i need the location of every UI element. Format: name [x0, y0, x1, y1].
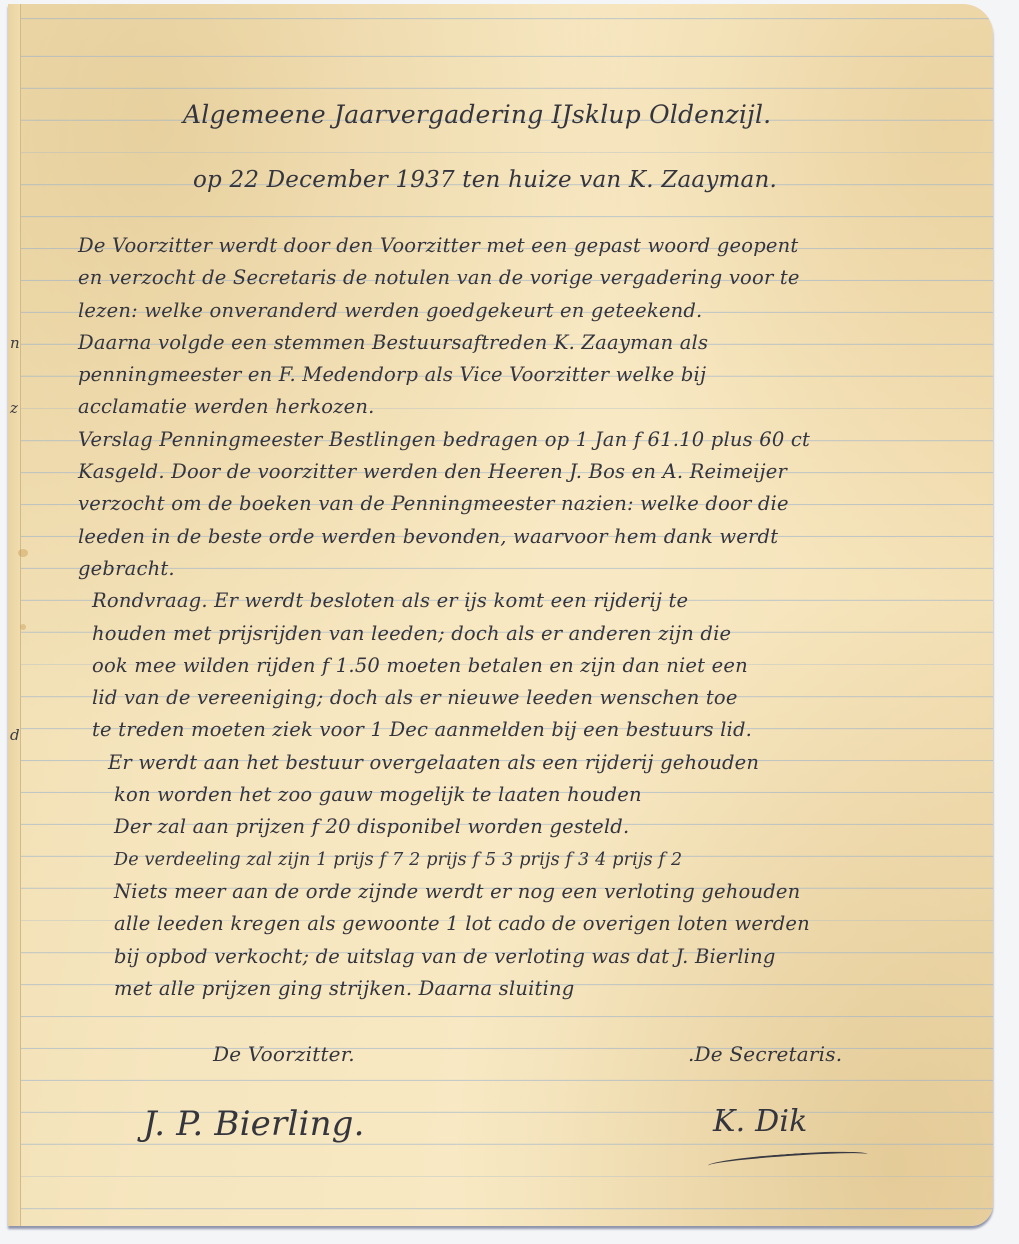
- minutes-line: te treden moeten ziek voor 1 Dec aanmeld…: [78, 714, 978, 746]
- minutes-line: Er werdt aan het bestuur overgelaaten al…: [78, 747, 978, 779]
- left-margin-notes: n z d: [8, 4, 38, 1226]
- notebook-page: n z d Algemeene Jaarvergadering IJsklup …: [8, 4, 993, 1226]
- margin-mark: n: [10, 334, 20, 352]
- minutes-line: verzocht om de boeken van de Penningmees…: [78, 488, 978, 520]
- minutes-line: Niets meer aan de orde zijnde werdt er n…: [78, 876, 978, 908]
- paper-stain: [18, 549, 28, 557]
- secretary-role-label: .De Secretaris.: [688, 1042, 842, 1066]
- margin-mark: z: [10, 399, 18, 417]
- minutes-line: leeden in de beste orde werden bevonden,…: [78, 521, 978, 553]
- minutes-line: gebracht.: [78, 553, 978, 585]
- minutes-line: De Voorzitter werdt door den Voorzitter …: [78, 230, 978, 262]
- minutes-line: houden met prijsrijden van leeden; doch …: [78, 618, 978, 650]
- chairman-role-label: De Voorzitter.: [213, 1042, 355, 1066]
- meeting-date-location: op 22 December 1937 ten huize van K. Zaa…: [193, 167, 777, 193]
- minutes-line: alle leeden kregen als gewoonte 1 lot ca…: [78, 908, 978, 940]
- margin-mark: d: [10, 726, 20, 744]
- chairman-signature: J. P. Bierling.: [143, 1104, 365, 1144]
- minutes-line: lid van de vereeniging; doch als er nieu…: [78, 682, 978, 714]
- minutes-line: kon worden het zoo gauw mogelijk te laat…: [78, 779, 978, 811]
- minutes-line: Der zal aan prijzen f 20 disponibel word…: [78, 811, 978, 843]
- minutes-line: Kasgeld. Door de voorzitter werden den H…: [78, 456, 978, 488]
- minutes-line: ook mee wilden rijden f 1.50 moeten beta…: [78, 650, 978, 682]
- minutes-line: penningmeester en F. Medendorp als Vice …: [78, 359, 978, 391]
- secretary-signature: K. Dik: [713, 1104, 808, 1139]
- minutes-line: De verdeeling zal zijn 1 prijs f 7 2 pri…: [78, 844, 978, 876]
- minutes-line: Daarna volgde een stemmen Bestuursaftred…: [78, 327, 978, 359]
- minutes-line: lezen: welke onveranderd werden goedgeke…: [78, 295, 978, 327]
- paper-stain: [20, 624, 26, 630]
- minutes-line: bij opbod verkocht; de uitslag van de ve…: [78, 941, 978, 973]
- minutes-line: en verzocht de Secretaris de notulen van…: [78, 262, 978, 294]
- document-title: Algemeene Jaarvergadering IJsklup Oldenz…: [183, 100, 771, 129]
- minutes-line: met alle prijzen ging strijken. Daarna s…: [78, 973, 978, 1005]
- minutes-line: acclamatie werden herkozen.: [78, 391, 978, 423]
- minutes-body: De Voorzitter werdt door den Voorzitter …: [78, 230, 978, 1005]
- minutes-line: Verslag Penningmeester Bestlingen bedrag…: [78, 424, 978, 456]
- minutes-line: Rondvraag. Er werdt besloten als er ijs …: [78, 585, 978, 617]
